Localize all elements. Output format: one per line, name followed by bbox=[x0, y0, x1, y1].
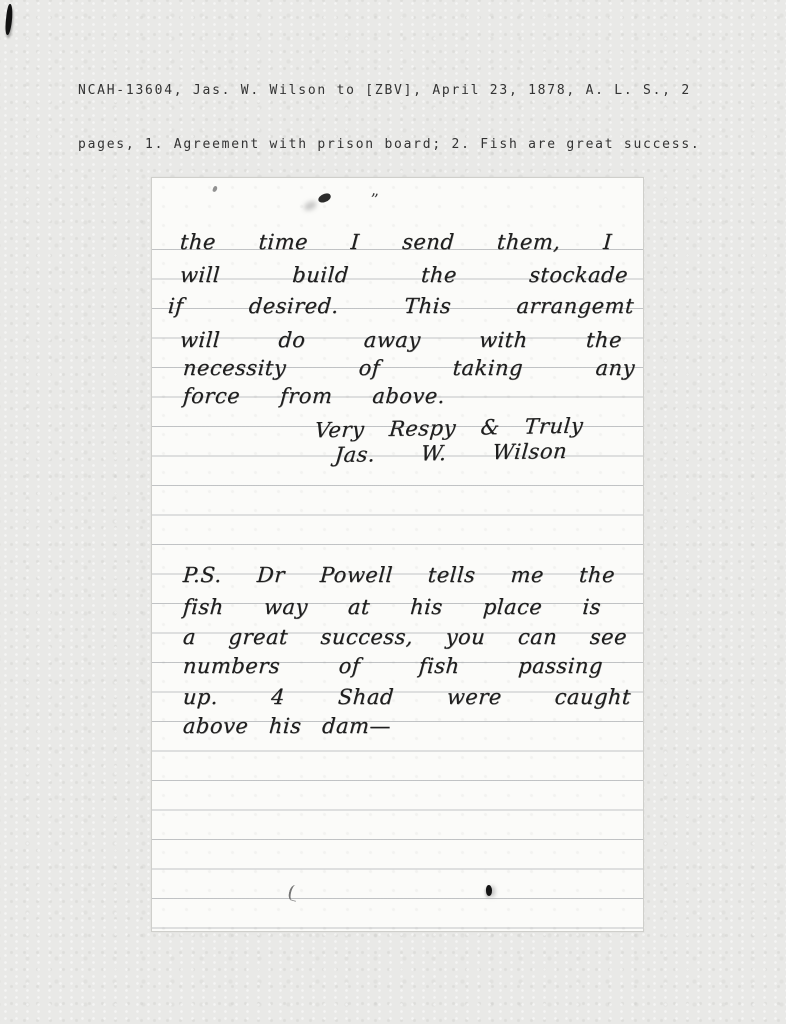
handwriting-line: will build the stockade bbox=[179, 260, 629, 290]
postscript-line: a great success, you can see bbox=[182, 622, 628, 652]
staple-mark-right bbox=[486, 885, 492, 896]
scanner-corner-artifact bbox=[4, 4, 13, 35]
handwriting-line: if desired. This arrangemt bbox=[167, 291, 635, 321]
letter-page: ” the time I send them, I will build the… bbox=[152, 178, 643, 931]
ink-speck bbox=[212, 185, 218, 192]
postscript-line: numbers of fish passing bbox=[182, 651, 604, 681]
catalog-caption-line-2: pages, 1. Agreement with prison board; 2… bbox=[78, 136, 700, 154]
scanned-document: NCAH-13604, Jas. W. Wilson to [ZBV], Apr… bbox=[0, 0, 786, 1024]
signature: Jas. W. Wilson bbox=[333, 436, 568, 470]
handwriting-line: necessity of taking any bbox=[182, 353, 636, 383]
postscript-line: fish way at his place is bbox=[182, 592, 602, 622]
handwriting-line: force from above. bbox=[182, 381, 446, 411]
handwriting-line: will do away with the bbox=[179, 325, 623, 355]
handwriting-line: the time I send them, I bbox=[179, 227, 613, 257]
postscript-line: up. 4 Shad were caught bbox=[182, 682, 632, 712]
catalog-caption: NCAH-13604, Jas. W. Wilson to [ZBV], Apr… bbox=[78, 46, 700, 190]
catalog-caption-line-1: NCAH-13604, Jas. W. Wilson to [ZBV], Apr… bbox=[78, 82, 700, 100]
postscript-line: above his dam— bbox=[182, 711, 392, 741]
ink-blot bbox=[317, 192, 332, 204]
quote-mark-artifact: ” bbox=[369, 190, 380, 210]
postscript-line: P.S. Dr Powell tells me the bbox=[182, 560, 616, 590]
